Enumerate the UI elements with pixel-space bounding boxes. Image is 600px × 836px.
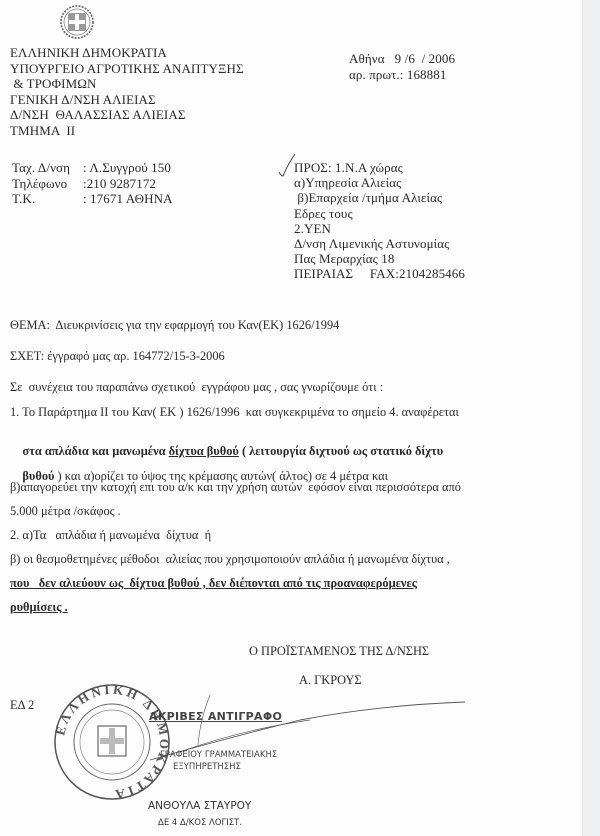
certifier-role: ΔΕ 4 Δ/ΚΟΣ ΛΟΓΙΣΤ.	[158, 818, 242, 828]
issuer-line: & ΤΡΟΦΙΜΩΝ	[10, 76, 244, 92]
recipient-line: β)Επαρχεία /τμήμα Αλιείας	[294, 190, 465, 205]
signatory-title: Ο ΠΡΟΪΣΤΑΜΕΝΟΣ ΤΗΣ Δ/ΝΣΗΣ	[249, 644, 429, 658]
contact-label: Ταχ. Δ/νση	[12, 160, 70, 176]
issuer-line: ΤΜΗΜΑ ΙΙ	[10, 123, 244, 139]
recipient-line: Εδρες τους	[294, 206, 465, 221]
recipient-line: ΠΡΟΣ: 1.Ν.Α χώρας	[294, 160, 465, 175]
paragraph-1-line: 5.000 μέτρα /σκάφος .	[10, 504, 121, 518]
paragraph-2-line: 2. α)Τα απλάδια ή μανωμένα δίχτυα ή	[10, 528, 211, 542]
paragraph-1-line: 1. Το Παράρτημα ΙΙ του Καν( ΕΚ ) 1626/19…	[10, 405, 459, 419]
paragraph-2-line: β) οι θεσμοθετημένες μέθοδοι αλιείας που…	[10, 552, 450, 566]
recipients-block: ΠΡΟΣ: 1.Ν.Α χώρας α)Υπηρεσία Αλιείας β)Ε…	[294, 160, 465, 282]
office-name-line: ΕΞΥΠΗΡΕΤΗΣΗΣ	[173, 762, 241, 772]
signatory-name: Α. ΓΚΡΟΥΣ	[299, 673, 362, 687]
certified-copy-stamp: ΑΚΡΙΒΕΣ ΑΝΤΙΓΡΑΦΟ	[149, 710, 282, 723]
issuer-line: ΓΕΝΙΚΗ Δ/ΝΣΗ ΑΛΙΕΙΑΣ	[10, 92, 244, 108]
contact-address: : Λ.Συγγρού 150	[83, 160, 173, 176]
contact-label: Τ.Κ.	[12, 191, 70, 207]
contact-labels: Ταχ. Δ/νση Τηλέφωνο Τ.Κ.	[12, 160, 70, 207]
subject-line: ΘΕΜΑ: Διευκρινίσεις για την εφαρμογή του…	[10, 318, 339, 332]
issuer-line: ΥΠΟΥΡΓΕΙΟ ΑΓΡΟΤΙΚΗΣ ΑΝΑΠΤΥΞΗΣ	[10, 61, 244, 77]
document-code: ΕΔ 2	[10, 698, 34, 712]
document-page: ΕΛΛΗΝΙΚΗ ΔΗΜΟΚΡΑΤΙΑ ΥΠΟΥΡΓΕΙΟ ΑΓΡΟΤΙΚΗΣ …	[0, 0, 600, 836]
recipient-line: ΠΕΙΡΑΙΑΣ FAX:2104285466	[294, 266, 465, 281]
contact-values: : Λ.Συγγρού 150 :210 9287172 : 17671 ΑΘΗ…	[83, 160, 173, 207]
issuer-line: ΕΛΛΗΝΙΚΗ ΔΗΜΟΚΡΑΤΙΑ	[10, 45, 244, 61]
contact-postcode: : 17671 ΑΘΗΝΑ	[83, 191, 173, 207]
recipient-line: 2.ΥΕΝ	[294, 221, 465, 236]
recipient-line: Πας Μεραρχίας 18	[294, 251, 465, 266]
contact-phone: :210 9287172	[83, 176, 173, 192]
protocol-number: αρ. πρωτ.: 168881	[349, 67, 455, 83]
issuer-block: ΕΛΛΗΝΙΚΗ ΔΗΜΟΚΡΑΤΙΑ ΥΠΟΥΡΓΕΙΟ ΑΓΡΟΤΙΚΗΣ …	[10, 45, 244, 138]
paragraph-2-emphasis: ρυθμίσεις .	[10, 600, 68, 614]
contact-label: Τηλέφωνο	[12, 176, 70, 192]
scan-edge	[582, 0, 600, 836]
issuer-line: Δ/ΝΣΗ ΘΑΛΑΣΣΙΑΣ ΑΛΙΕΙΑΣ	[10, 107, 244, 123]
reference-line: ΣΧΕΤ: έγγραφό μας αρ. 164772/15-3-2006	[10, 349, 225, 363]
date-protocol-block: Αθήνα 9 /6 / 2006 αρ. πρωτ.: 168881	[349, 51, 455, 82]
recipient-line: α)Υπηρεσία Αλιείας	[294, 175, 465, 190]
greek-coat-of-arms-icon	[58, 2, 96, 42]
date-line: Αθήνα 9 /6 / 2006	[349, 51, 455, 67]
certifier-name: ΑΝΘΟΥΛΑ ΣΤΑΥΡΟΥ	[148, 800, 251, 812]
paragraph-1-line: β)απαγορεύει την κατοχή επι του α/κ και …	[10, 480, 461, 494]
intro-paragraph: Σε συνέχεια του παραπάνω σχετικού εγγράφ…	[10, 380, 383, 394]
paragraph-2-emphasis: που δεν αλιεύουν ως δίχτυα βυθού , δεν δ…	[10, 576, 417, 590]
recipient-line: Δ/νση Λιμενικής Αστυνομίας	[294, 236, 465, 251]
office-name-line: ΓΡΑΦΕΙΟΥ ΓΡΑΜΜΑΤΕΙΑΚΗΣ	[160, 750, 277, 760]
